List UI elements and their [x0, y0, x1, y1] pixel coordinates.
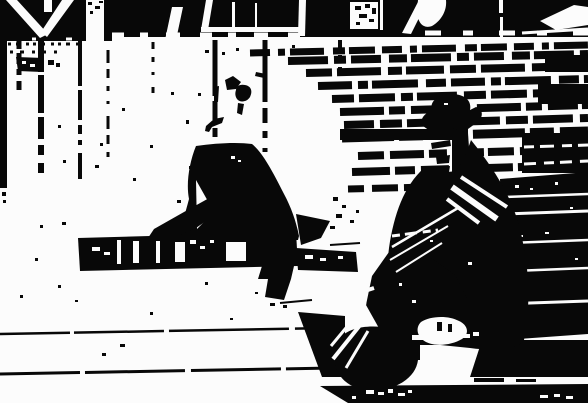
step-ledge [78, 232, 298, 271]
photo-frame: Two figures seated on stairs [0, 0, 588, 403]
photo-canvas: Two figures seated on stairs [0, 0, 588, 403]
